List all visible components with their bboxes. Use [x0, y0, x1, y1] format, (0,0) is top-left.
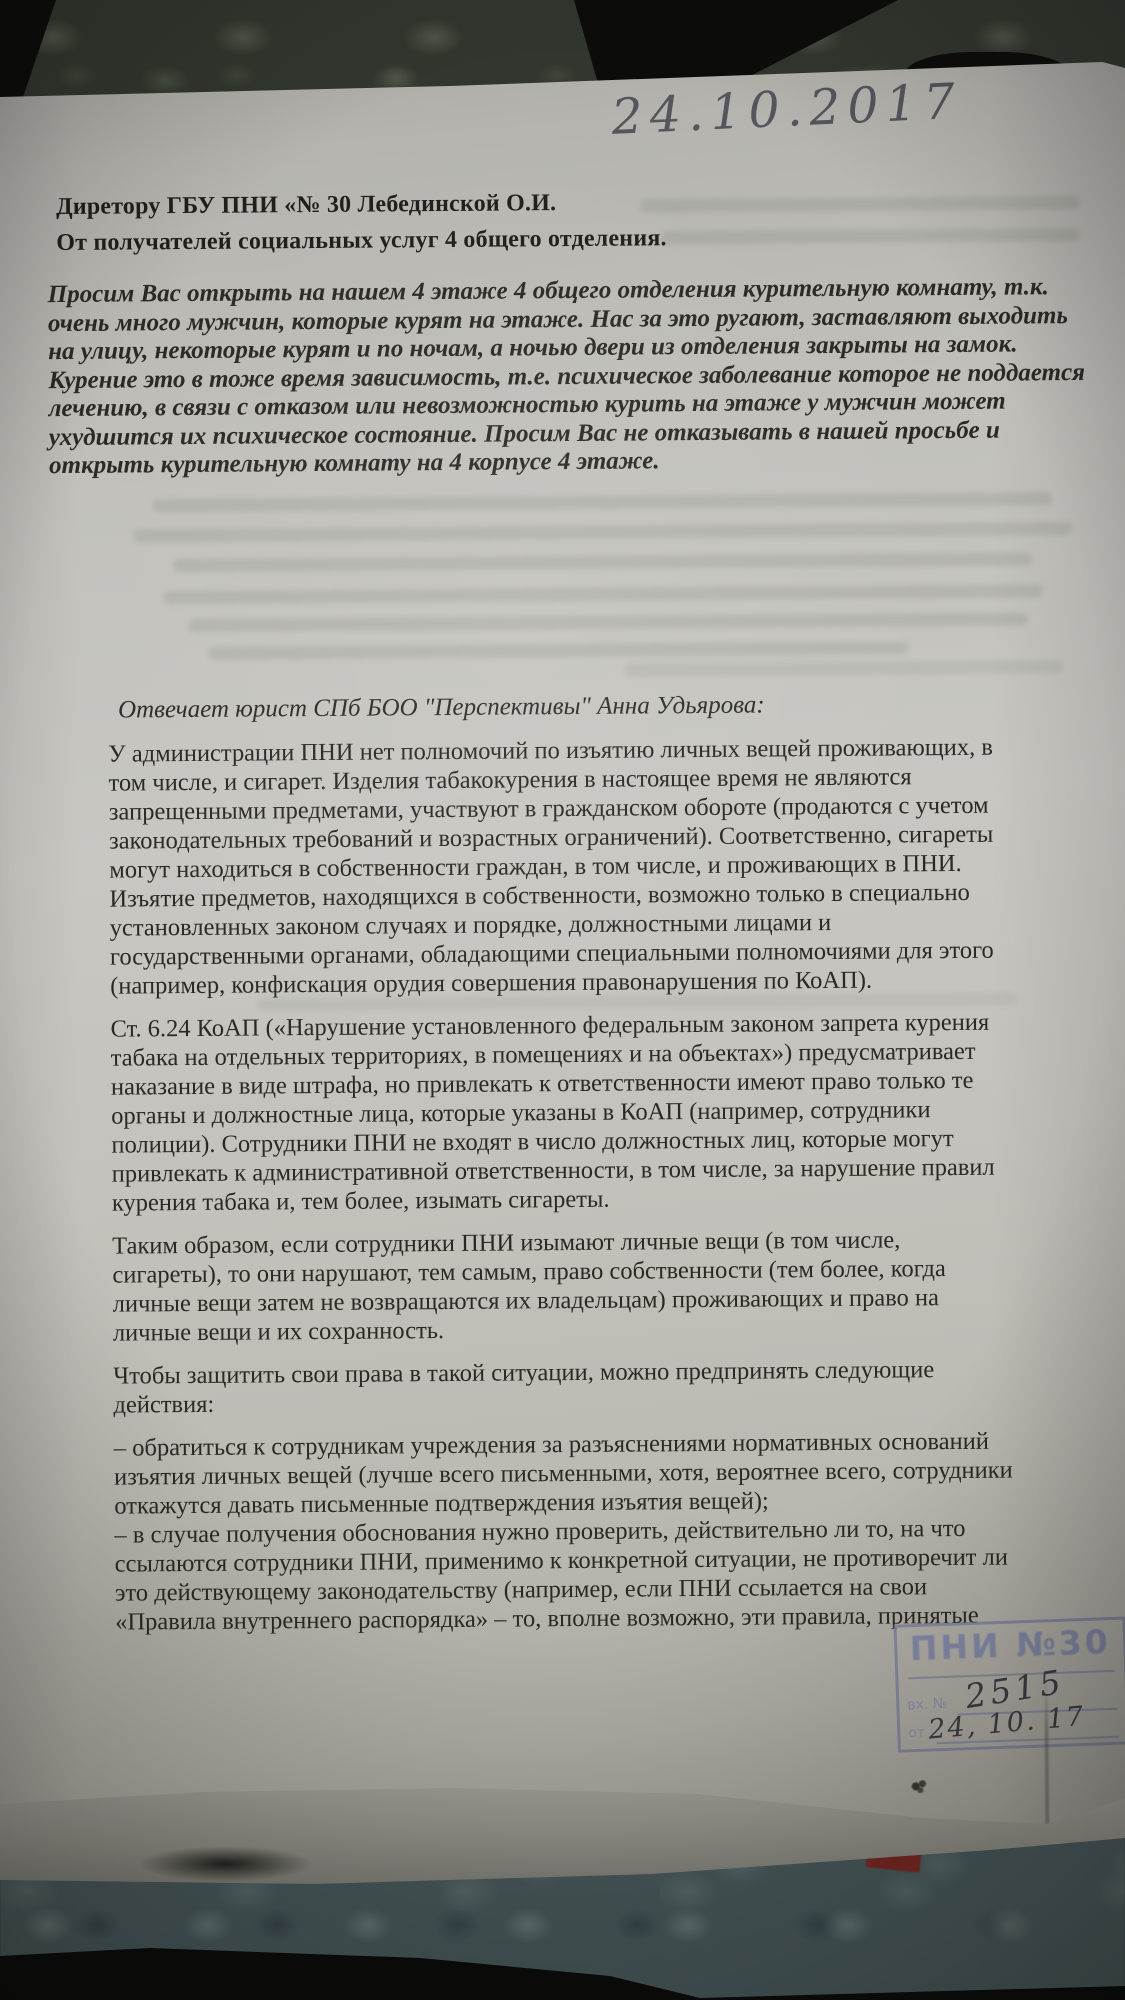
stamp-date-handwritten: 24, 10. 17	[927, 1701, 1087, 1746]
header-line-1: Диретору ГБУ ПНИ «№ 30 Лебединской О.И.	[56, 190, 556, 221]
action-item: – обратиться к сотрудникам учреждения за…	[114, 1427, 1017, 1521]
bleed-through-line	[624, 660, 1064, 676]
stamp-underline	[937, 1736, 1119, 1745]
photo-of-document: 24.10.2017 Диретору ГБУ ПНИ «№ 30 Лебеди…	[0, 0, 1125, 2000]
bleed-through-line	[256, 993, 1016, 1012]
answer-paragraph: Таким образом, если сотрудники ПНИ изыма…	[112, 1225, 1015, 1348]
request-paragraph: Просим Вас открыть на нашем 4 этаже 4 об…	[48, 273, 1100, 481]
stamp-incoming-number-handwritten: 2515	[962, 1662, 1067, 1716]
answer-paragraph: Ст. 6.24 КоАП («Нарушение установленного…	[110, 1008, 1014, 1218]
answer-paragraph: Чтобы защитить свои права в такой ситуац…	[113, 1355, 1015, 1420]
stamp-date-label: от	[908, 1725, 925, 1742]
stamp-incoming-label: вх. №	[907, 1696, 948, 1713]
header-line-2: От получателей социальных услуг 4 общего…	[56, 225, 667, 257]
bleed-through-line	[133, 522, 1073, 542]
registration-stamp: ПНИ №30 вх. № 2515 от 24, 10. 17	[893, 1616, 1125, 1752]
stamp-title: ПНИ №30	[897, 1622, 1124, 1669]
document-page: 24.10.2017 Диретору ГБУ ПНИ «№ 30 Лебеди…	[0, 0, 1125, 1845]
bleed-through-line	[188, 612, 1028, 632]
bleed-through-line	[660, 228, 1080, 244]
bleed-through-line	[209, 641, 909, 659]
answer-author-line: Отвечает юрист СПб БОО "Перспективы" Анн…	[118, 691, 765, 724]
stamp-underline	[958, 1708, 1118, 1716]
bleed-through-line	[163, 584, 1043, 604]
paper-speck	[909, 1779, 927, 1793]
stamp-divider	[908, 1670, 1114, 1679]
answer-paragraph: У администрации ПНИ нет полномочий по из…	[108, 733, 1012, 1001]
action-item: – в случае получения обоснования нужно п…	[114, 1514, 1017, 1637]
bleed-through-line	[152, 492, 1052, 512]
shadow-notch	[138, 1846, 313, 1882]
handwritten-date: 24.10.2017	[610, 67, 1092, 146]
bleed-through-line	[640, 196, 1080, 212]
bleed-through-line	[173, 552, 1033, 572]
document-content: 24.10.2017 Диретору ГБУ ПНИ «№ 30 Лебеди…	[0, 0, 1125, 1845]
